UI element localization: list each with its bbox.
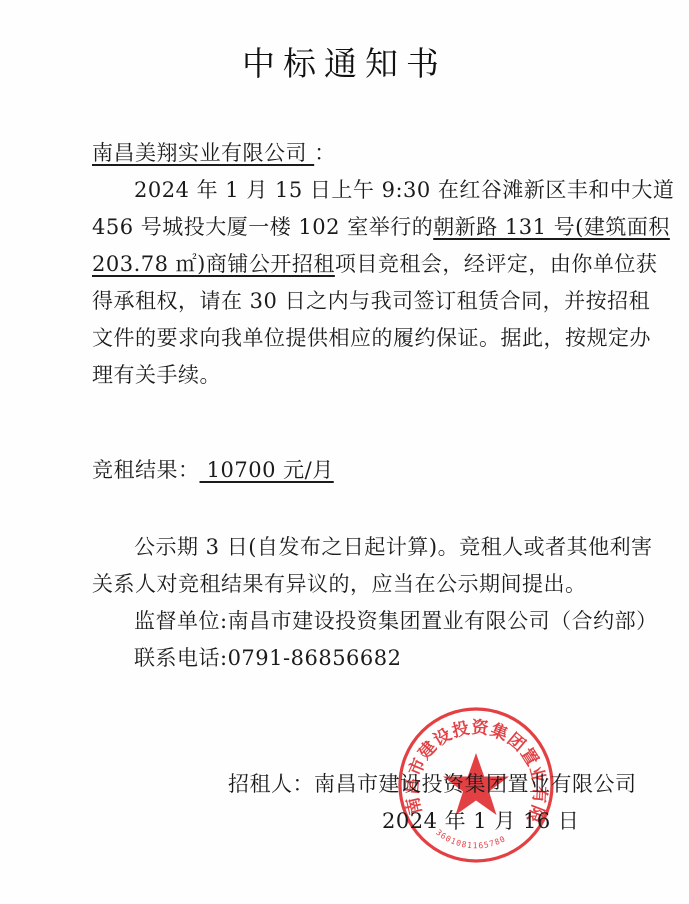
phone-line: 联系电话:0791-86856682 xyxy=(134,642,402,672)
lessor-signature: 招租人：南昌市建设投资集团置业有限公司 xyxy=(228,768,637,798)
result-value: 10700 元/月 xyxy=(200,458,334,482)
property-name-part1: 朝新路 131 号(建筑面积 xyxy=(433,215,670,239)
page-title: 中标通知书 xyxy=(0,38,689,85)
recipient-colon: ： xyxy=(314,141,336,165)
recipient-name: 南昌美翔实业有限公司 xyxy=(92,141,307,165)
body-line-4: 得承租权，请在 30 日之内与我司签订租赁合同，并按招租 xyxy=(92,285,650,315)
body-line-2: 456 号城投大厦一楼 102 室举行的朝新路 131 号(建筑面积 xyxy=(92,211,670,241)
document-page: 中标通知书 南昌美翔实业有限公司 ： 2024 年 1 月 15 日上午 9:3… xyxy=(0,0,689,904)
notice-line-1: 公示期 3 日(自发布之日起计算)。竞租人或者其他利害 xyxy=(134,531,653,561)
result-line: 竞租结果： 10700 元/月 xyxy=(92,454,334,484)
notice-line-2: 关系人对竞租结果有异议的，应当在公示期间提出。 xyxy=(92,568,587,598)
recipient-line: 南昌美翔实业有限公司 ： xyxy=(92,137,336,167)
supervisor-line: 监督单位:南昌市建设投资集团置业有限公司（合约部） xyxy=(134,605,658,635)
body-line-1: 2024 年 1 月 15 日上午 9:30 在红谷滩新区丰和中大道 xyxy=(134,174,674,204)
property-name-part2: 203.78 ㎡)商铺公开招租 xyxy=(92,252,335,276)
body-line-5: 文件的要求向我单位提供相应的履约保证。据此，按规定办 xyxy=(92,322,651,352)
signature-date: 2024 年 1 月 16 日 xyxy=(382,805,579,835)
body-line-3-plain: 项目竞租会，经评定，由你单位获 xyxy=(335,252,658,276)
result-label: 竞租结果： xyxy=(92,458,200,482)
body-line-2-plain: 456 号城投大厦一楼 102 室举行的 xyxy=(92,215,433,239)
body-line-3: 203.78 ㎡)商铺公开招租项目竞租会，经评定，由你单位获 xyxy=(92,248,657,278)
body-line-6: 理有关手续。 xyxy=(92,359,221,389)
